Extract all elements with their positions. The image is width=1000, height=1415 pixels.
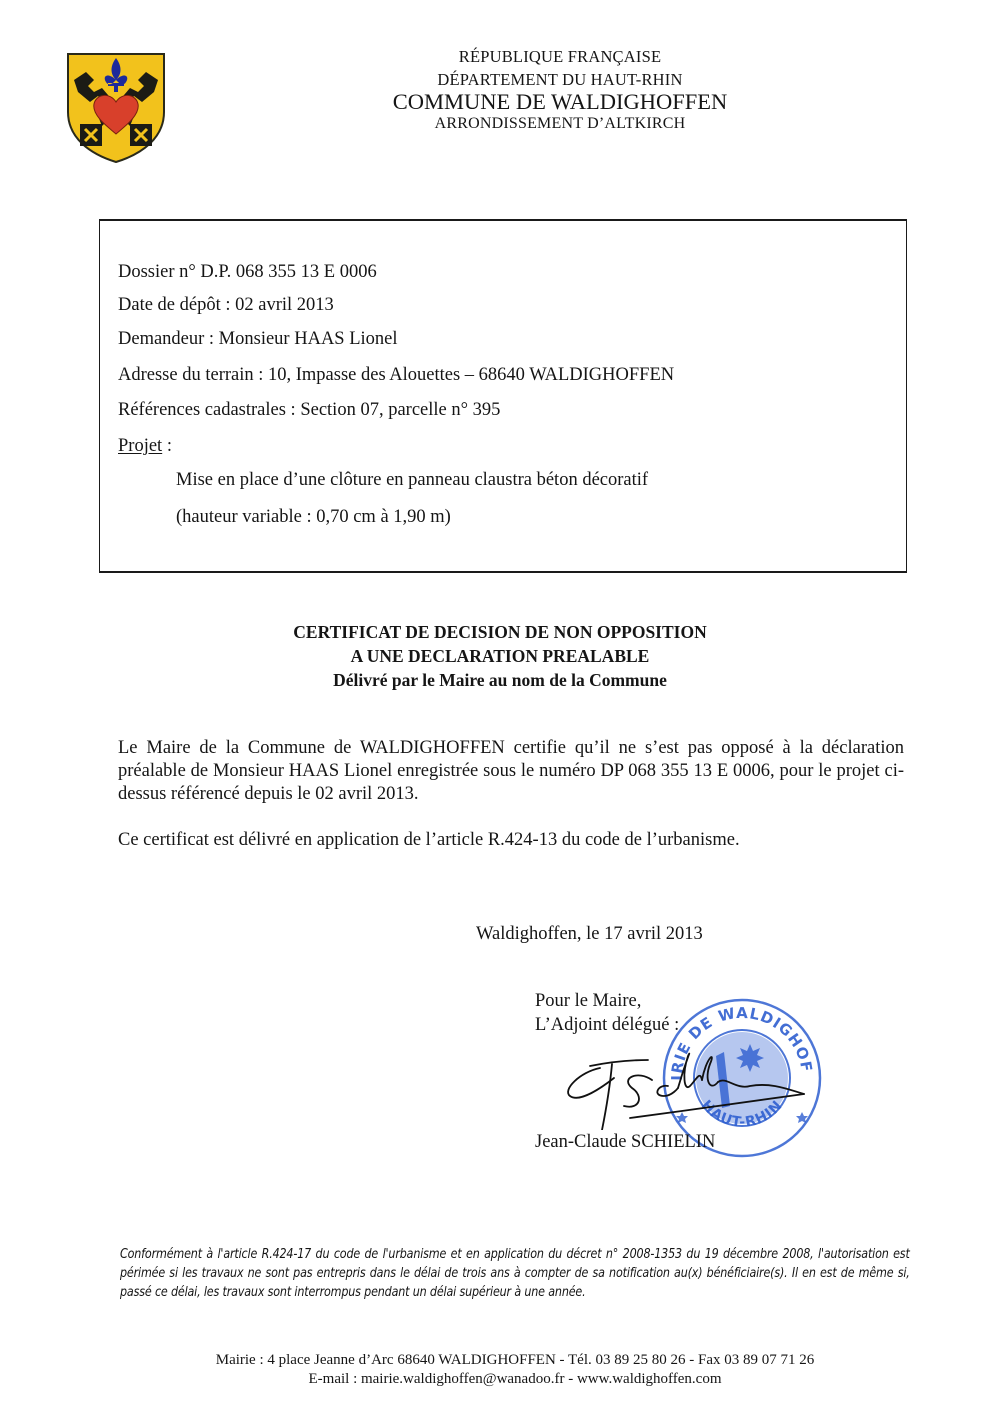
project-height: (hauteur variable : 0,70 cm à 1,90 m) <box>176 508 451 527</box>
cadastral-references: Références cadastrales : Section 07, par… <box>118 401 500 420</box>
header-department: DÉPARTEMENT DU HAUT-RHIN <box>300 72 820 89</box>
coat-of-arms-icon <box>64 50 168 164</box>
signatory-name: Jean-Claude SCHIELIN <box>535 1133 715 1152</box>
header-republic: RÉPUBLIQUE FRANÇAISE <box>300 49 820 66</box>
deposit-date: Date de dépôt : 02 avril 2013 <box>118 296 334 315</box>
certificate-title-line2: A UNE DECLARATION PREALABLE <box>200 648 800 666</box>
header-arrondissement: ARRONDISSEMENT D’ALTKIRCH <box>300 116 820 132</box>
for-mayor-label: Pour le Maire, <box>535 992 641 1011</box>
header-commune: COMMUNE DE WALDIGHOFFEN <box>300 91 820 114</box>
applicant: Demandeur : Monsieur HAAS Lionel <box>118 330 398 349</box>
place-and-date: Waldighoffen, le 17 avril 2013 <box>476 925 703 944</box>
project-description: Mise en place d’une clôture en panneau c… <box>176 471 648 490</box>
land-address: Adresse du terrain : 10, Impasse des Alo… <box>118 366 674 385</box>
project-label-suffix: : <box>162 436 172 456</box>
legal-notice: Conformément à l'article R.424-17 du cod… <box>120 1245 910 1302</box>
handwritten-signature-icon <box>540 1030 810 1130</box>
certificate-paragraph: Le Maire de la Commune de WALDIGHOFFEN c… <box>118 737 904 806</box>
footer-address: Mairie : 4 place Jeanne d’Arc 68640 WALD… <box>150 1353 880 1368</box>
certificate-title-line1: CERTIFICAT DE DECISION DE NON OPPOSITION <box>200 624 800 642</box>
footer-contact: E-mail : mairie.waldighoffen@wanadoo.fr … <box>150 1372 880 1387</box>
project-heading: Projet : <box>118 437 172 456</box>
dossier-number: Dossier n° D.P. 068 355 13 E 0006 <box>118 263 377 282</box>
legal-basis-paragraph: Ce certificat est délivré en application… <box>118 831 740 850</box>
certificate-subtitle: Délivré par le Maire au nom de la Commun… <box>200 672 800 690</box>
project-label: Projet <box>118 436 162 456</box>
